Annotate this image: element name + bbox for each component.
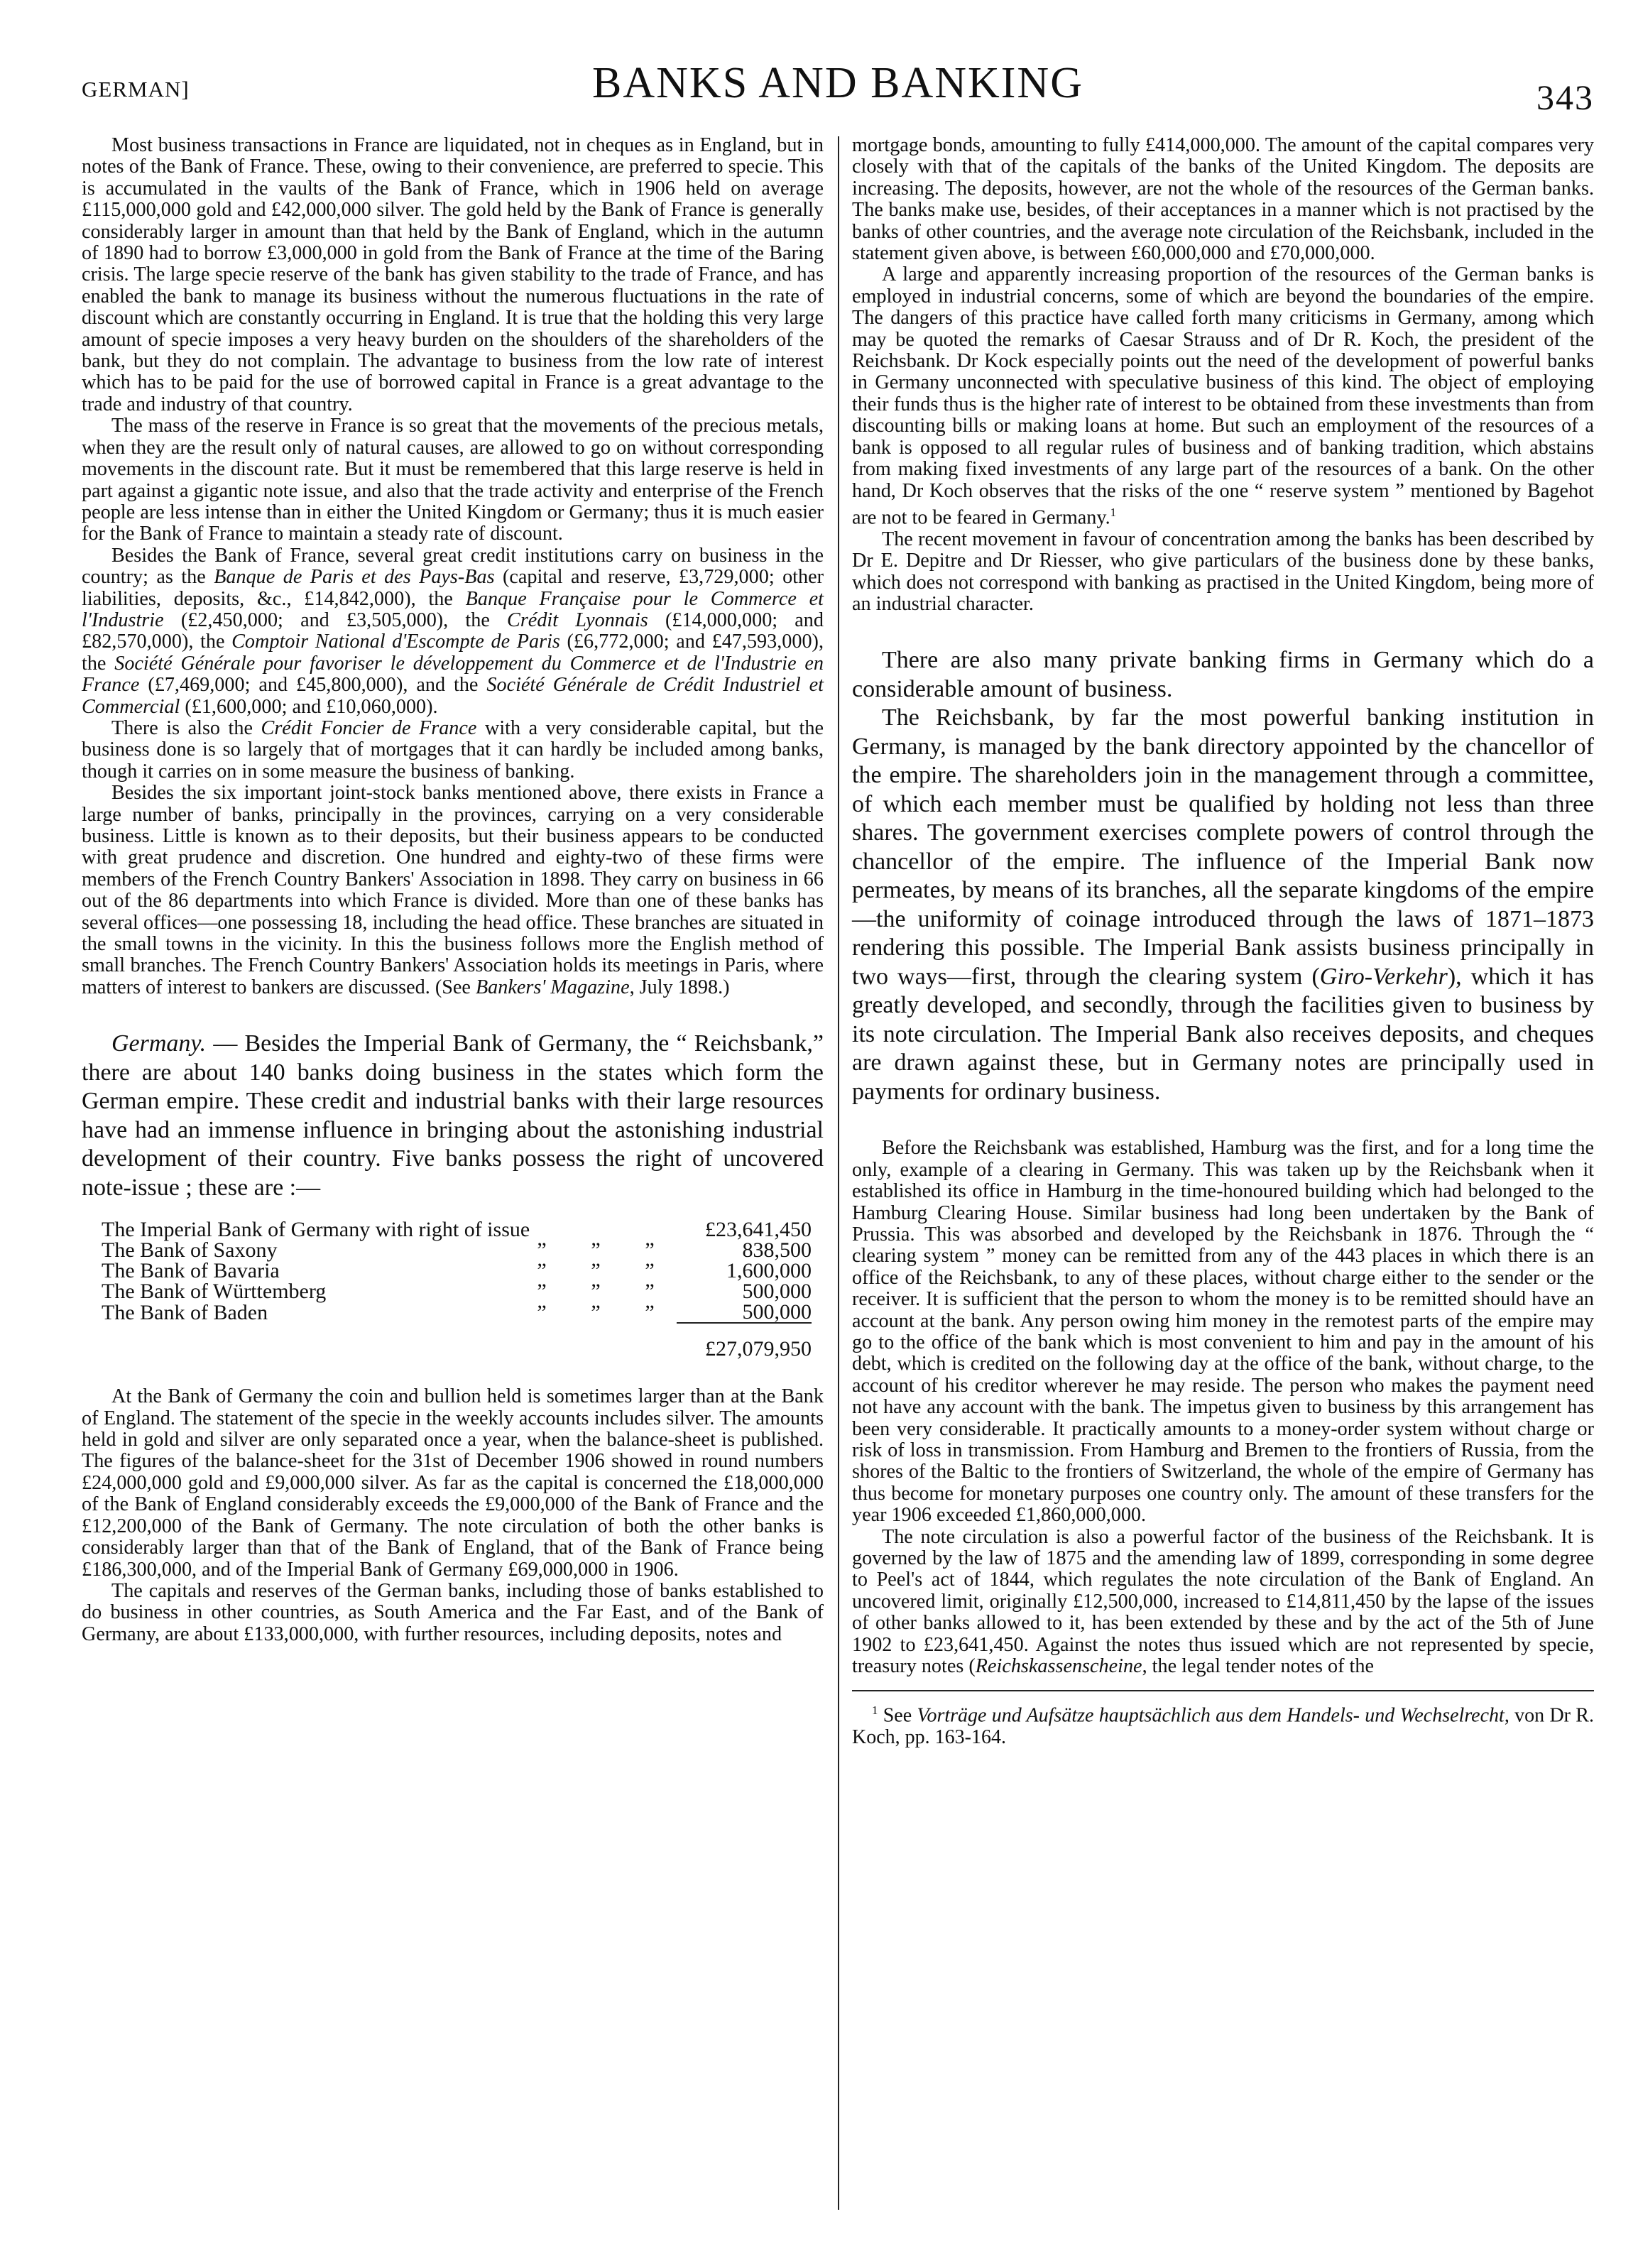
total-rule xyxy=(677,1323,812,1339)
table-row: The Bank of Saxony”””838,500 xyxy=(102,1240,812,1260)
paragraph-germany-intro: Germany. — Besides the Imperial Bank of … xyxy=(82,1030,824,1202)
german-banks-section: mortgage bonds, amounting to fully £414,… xyxy=(852,135,1594,615)
paragraph: Most business transactions in France are… xyxy=(82,135,824,415)
paragraph-credit-foncier: There is also the Crédit Foncier de Fran… xyxy=(82,718,824,783)
page-number: 343 xyxy=(1536,77,1594,118)
table-row: The Bank of Baden”””500,000 xyxy=(102,1302,812,1323)
page-title: BANKS AND BANKING xyxy=(82,58,1594,109)
clearing-section: Before the Reichsbank was established, H… xyxy=(852,1138,1594,1677)
table-total: £27,079,950 xyxy=(677,1339,812,1359)
paragraph-note-circulation: The note circulation is also a powerful … xyxy=(852,1527,1594,1678)
france-section: Most business transactions in France are… xyxy=(82,135,824,998)
bank-comparison-section: At the Bank of Germany the coin and bull… xyxy=(82,1386,824,1645)
footnote-rule xyxy=(852,1690,1594,1691)
paragraph: There are also many private banking firm… xyxy=(852,646,1594,704)
table-row: The Imperial Bank of Germany with right … xyxy=(102,1219,812,1240)
paragraph: The mass of the reserve in France is so … xyxy=(82,415,824,545)
paragraph: The capitals and reserves of the German … xyxy=(82,1581,824,1645)
paragraph: mortgage bonds, amounting to fully £414,… xyxy=(852,135,1594,264)
table-row: The Bank of Bavaria”””1,600,000 xyxy=(102,1260,812,1281)
table-row: The Bank of Württemberg”””500,000 xyxy=(102,1281,812,1302)
footnote: 1 See Vorträge und Aufsätze hauptsächlic… xyxy=(852,1700,1594,1748)
paragraph: At the Bank of Germany the coin and bull… xyxy=(82,1386,824,1581)
reichsbank-section: There are also many private banking firm… xyxy=(852,646,1594,1106)
germany-section: Germany. — Besides the Imperial Bank of … xyxy=(82,1030,824,1202)
paragraph: Before the Reichsbank was established, H… xyxy=(852,1138,1594,1526)
paragraph: A large and apparently increasing propor… xyxy=(852,264,1594,528)
section-heading-germany: Germany. xyxy=(111,1030,206,1057)
note-issue-table: The Imperial Bank of Germany with right … xyxy=(102,1219,812,1359)
paragraph-reichsbank: The Reichsbank, by far the most powerful… xyxy=(852,704,1594,1106)
left-column: Most business transactions in France are… xyxy=(82,135,824,1645)
paragraph: The recent movement in favour of concent… xyxy=(852,529,1594,616)
running-head: GERMAN] BANKS AND BANKING 343 xyxy=(82,55,1594,119)
paragraph-country-banks: Besides the six important joint-stock ba… xyxy=(82,783,824,998)
table-total-row: £27,079,950 xyxy=(102,1339,812,1359)
paragraph-credit-institutions: Besides the Bank of France, several grea… xyxy=(82,545,824,718)
right-column: mortgage bonds, amounting to fully £414,… xyxy=(852,135,1594,1748)
column-divider xyxy=(838,136,839,2210)
footnote-ref[interactable]: 1 xyxy=(1110,506,1116,519)
